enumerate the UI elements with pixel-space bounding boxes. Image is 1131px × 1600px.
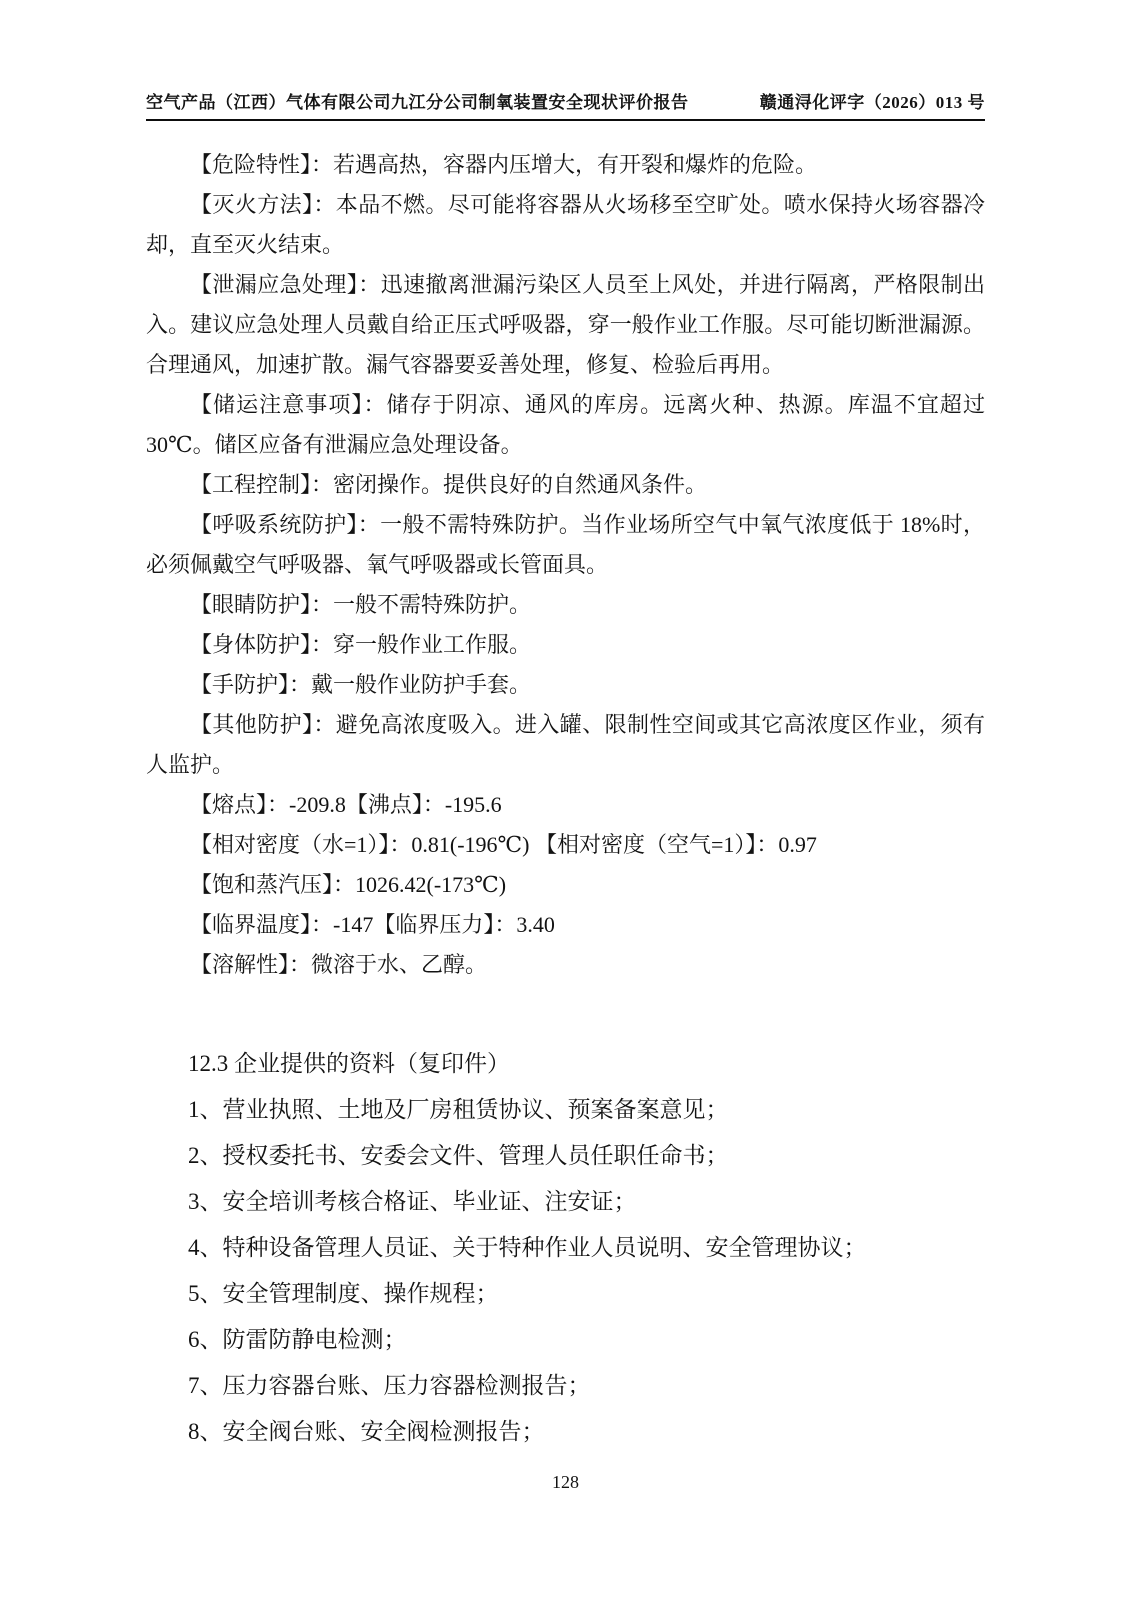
list-item-lightning-test: 6、防雷防静电检测； — [146, 1317, 985, 1363]
list-item-training-certificates: 3、安全培训考核合格证、毕业证、注安证； — [146, 1179, 985, 1225]
section-heading: 12.3 企业提供的资料（复印件） — [146, 1041, 985, 1087]
paragraph-respiratory-protection: 【呼吸系统防护】：一般不需特殊防护。当作业场所空气中氧气浓度低于 18%时，必须… — [146, 505, 985, 585]
paragraph-critical-temp-pressure: 【临界温度】：-147【临界压力】：3.40 — [146, 905, 985, 945]
report-page: 空气产品（江西）气体有限公司九江分公司制氧装置安全现状评价报告 赣通浔化评字（2… — [0, 0, 1131, 1600]
list-item-safety-valve: 8、安全阀台账、安全阀检测报告； — [146, 1409, 985, 1455]
list-item-pressure-vessel: 7、压力容器台账、压力容器检测报告； — [146, 1363, 985, 1409]
page-header: 空气产品（江西）气体有限公司九江分公司制氧装置安全现状评价报告 赣通浔化评字（2… — [146, 88, 985, 121]
list-item-safety-rules: 5、安全管理制度、操作规程； — [146, 1271, 985, 1317]
paragraph-relative-density: 【相对密度（水=1）】：0.81(-196℃) 【相对密度（空气=1）】：0.9… — [146, 825, 985, 865]
list-item-special-equipment: 4、特种设备管理人员证、关于特种作业人员说明、安全管理协议； — [146, 1225, 985, 1271]
paragraph-hazard-characteristics: 【危险特性】：若遇高热，容器内压增大，有开裂和爆炸的危险。 — [146, 145, 985, 185]
paragraph-storage-transport-notes: 【储运注意事项】：储存于阴凉、通风的库房。远离火种、热源。库温不宜超过30℃。储… — [146, 385, 985, 465]
paragraph-fire-fighting-methods: 【灭火方法】：本品不燃。尽可能将容器从火场移至空旷处。喷水保持火场容器冷却，直至… — [146, 185, 985, 265]
paragraph-engineering-control: 【工程控制】：密闭操作。提供良好的自然通风条件。 — [146, 465, 985, 505]
paragraph-hand-protection: 【手防护】：戴一般作业防护手套。 — [146, 665, 985, 705]
paragraph-saturated-vapor-pressure: 【饱和蒸汽压】：1026.42(-173℃) — [146, 865, 985, 905]
header-doc-number: 赣通浔化评字（2026）013 号 — [760, 88, 985, 113]
paragraph-leak-emergency-handling: 【泄漏应急处理】：迅速撤离泄漏污染区人员至上风处，并进行隔离，严格限制出入。建议… — [146, 265, 985, 385]
list-item-authorization-letters: 2、授权委托书、安委会文件、管理人员任职任命书； — [146, 1133, 985, 1179]
paragraph-eye-protection: 【眼睛防护】：一般不需特殊防护。 — [146, 585, 985, 625]
paragraph-melting-boiling-point: 【熔点】：-209.8【沸点】：-195.6 — [146, 785, 985, 825]
paragraph-body-protection: 【身体防护】：穿一般作业工作服。 — [146, 625, 985, 665]
page-footer: 128 — [0, 1472, 1131, 1493]
header-report-title: 空气产品（江西）气体有限公司九江分公司制氧装置安全现状评价报告 — [146, 88, 689, 113]
paragraph-other-protection: 【其他防护】：避免高浓度吸入。进入罐、限制性空间或其它高浓度区作业，须有人监护。 — [146, 705, 985, 785]
section-12-3: 12.3 企业提供的资料（复印件） 1、营业执照、土地及厂房租赁协议、预案备案意… — [146, 1041, 985, 1455]
page-number: 128 — [552, 1472, 579, 1492]
list-item-business-license: 1、营业执照、土地及厂房租赁协议、预案备案意见； — [146, 1087, 985, 1133]
document-body: 【危险特性】：若遇高热，容器内压增大，有开裂和爆炸的危险。 【灭火方法】：本品不… — [146, 145, 985, 985]
paragraph-solubility: 【溶解性】：微溶于水、乙醇。 — [146, 945, 985, 985]
